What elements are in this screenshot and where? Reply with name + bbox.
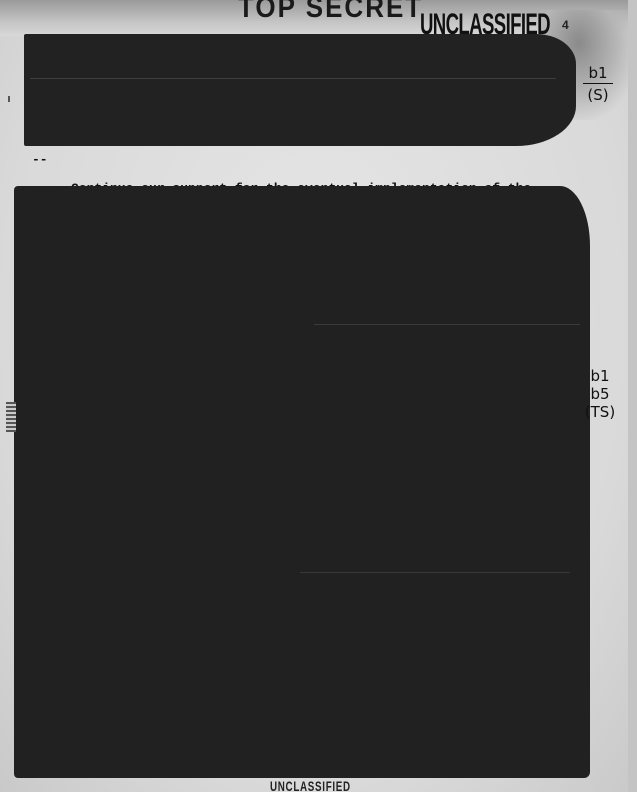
scan-line <box>300 572 570 573</box>
redaction-block-2 <box>14 186 590 778</box>
margin-stamp-mark <box>6 402 16 432</box>
note-underline <box>583 83 613 84</box>
header-classification: TOP SECRET <box>238 0 423 25</box>
margin-speck <box>8 96 10 102</box>
exemption-code: b1 <box>583 367 617 385</box>
scan-right-edge <box>628 0 637 792</box>
exemption-note-2: b1 b5 (TS) <box>583 367 617 421</box>
exemption-code: b5 <box>583 385 617 403</box>
exemption-code: b1 <box>588 64 607 82</box>
bullet-dash: -- <box>32 152 48 167</box>
document-page: TOP SECRET UNCLASSIFIED 4 b1 (S) -- Cont… <box>0 0 637 792</box>
exemption-classification: (S) <box>587 86 608 104</box>
redaction-block-1 <box>24 34 576 146</box>
exemption-note-1: b1 (S) <box>576 64 620 104</box>
exemption-classification: (TS) <box>583 403 617 421</box>
footer-stamp: UNCLASSIFIED <box>270 778 351 792</box>
page-number: 4 <box>562 18 569 32</box>
